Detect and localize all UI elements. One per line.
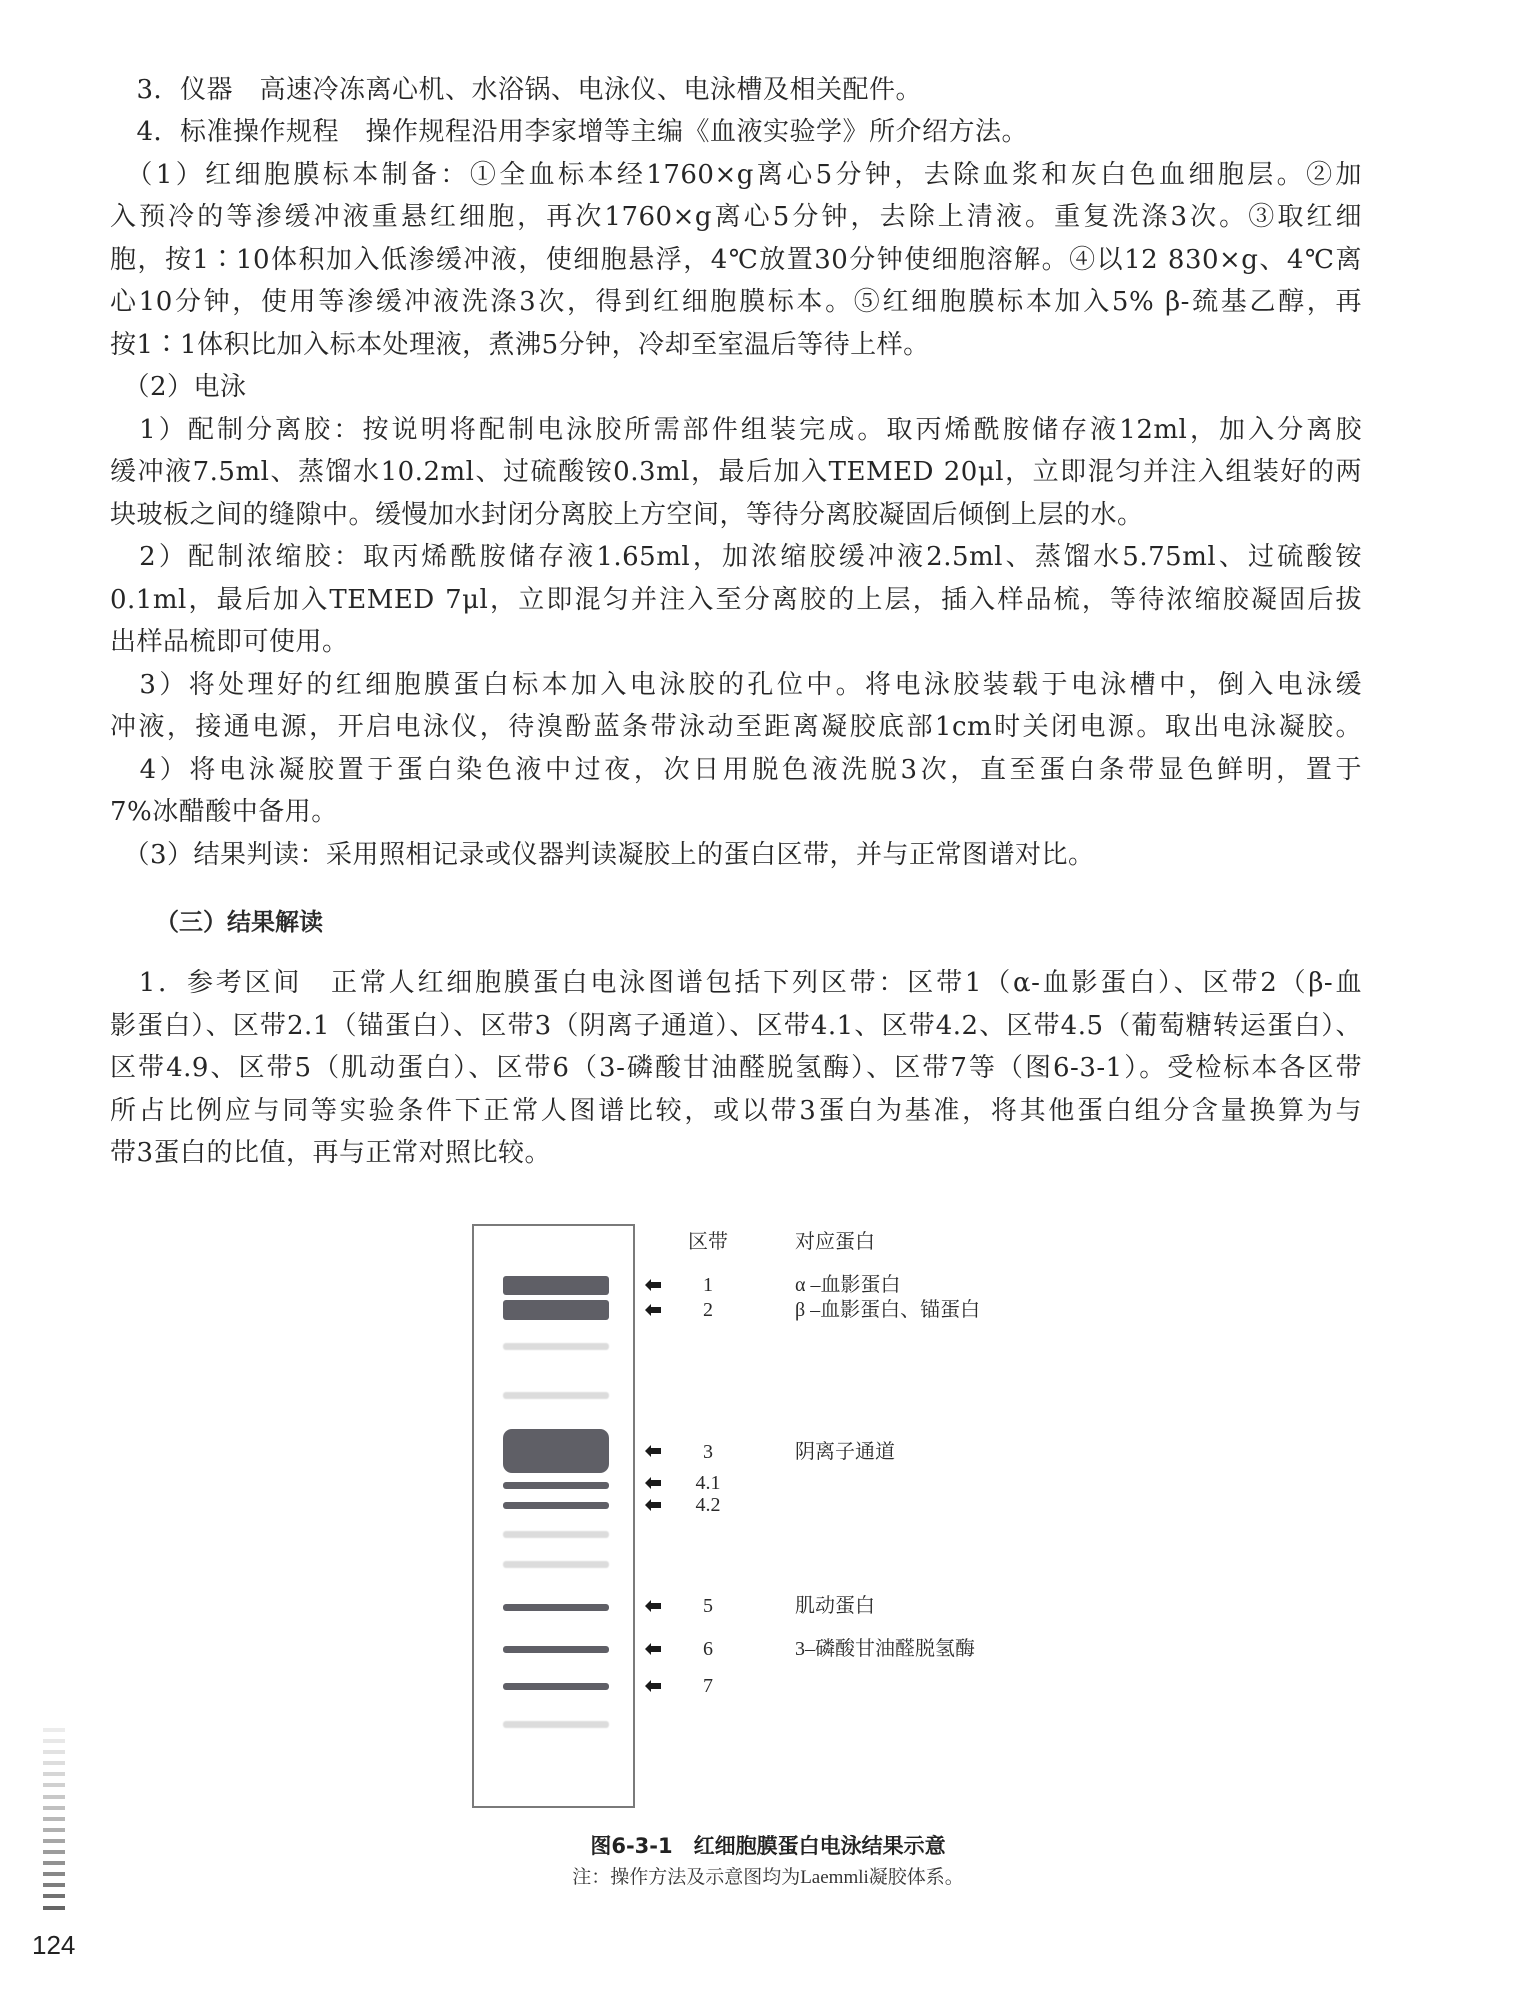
gel-band-faint xyxy=(503,1343,609,1350)
band-label: 5 xyxy=(688,1594,728,1618)
figure-note: 注：操作方法及示意图均为Laemmli凝胶体系。 xyxy=(0,1866,1536,1890)
figure-caption: 图6-3-1 红细胞膜蛋白电泳结果示意 xyxy=(0,1833,1536,1859)
text-line: 块玻板之间的缝隙中。缓慢加水封闭分离胶上方空间，等待分离胶凝固后倾倒上层的水。 xyxy=(110,498,1362,532)
band-label: 1 xyxy=(688,1273,728,1297)
text-line-result-reading: （3）结果判读：采用照相记录或仪器判读凝胶上的蛋白区带，并与正常图谱对比。 xyxy=(110,838,1362,872)
text-line-instruments: 3．仪器 高速冷冻离心机、水浴锅、电泳仪、电泳槽及相关配件。 xyxy=(110,73,1362,107)
arrow-left-icon xyxy=(645,1600,661,1612)
text-line: 1．参考区间 正常人红细胞膜蛋白电泳图谱包括下列区带：区带1（α-血影蛋白）、区… xyxy=(110,966,1362,1000)
protein-label: β –血影蛋白、锚蛋白 xyxy=(795,1298,980,1322)
text-line: 胞，按1∶10体积加入低渗缓冲液，使细胞悬浮，4℃放置30分钟使细胞溶解。④以1… xyxy=(110,243,1362,277)
arrow-left-icon xyxy=(645,1499,661,1511)
section-heading: （三）结果解读 xyxy=(155,906,323,938)
gel-band-4-1 xyxy=(503,1482,609,1489)
arrow-left-icon xyxy=(645,1445,661,1457)
band-label: 6 xyxy=(688,1637,728,1661)
band-label: 4.2 xyxy=(688,1493,728,1517)
text-line: 影蛋白）、区带2.1（锚蛋白）、区带3（阴离子通道）、区带4.1、区带4.2、区… xyxy=(110,1009,1362,1043)
figure-header-protein: 对应蛋白 xyxy=(795,1230,875,1254)
text-line: 2）配制浓缩胶：取丙烯酰胺储存液1.65ml，加浓缩胶缓冲液2.5ml、蒸馏水5… xyxy=(110,540,1362,574)
gel-band-6 xyxy=(503,1646,609,1653)
text-line-sop: 4．标准操作规程 操作规程沿用李家增等主编《血液实验学》所介绍方法。 xyxy=(110,115,1362,149)
thumb-index-tab xyxy=(43,1728,65,1917)
gel-band-2 xyxy=(503,1300,609,1320)
figure-header-band: 区带 xyxy=(683,1230,733,1254)
text-line: 按1∶1体积比加入标本处理液，煮沸5分钟，冷却至室温后等待上样。 xyxy=(110,328,1362,362)
protein-label: 3–磷酸甘油醛脱氢酶 xyxy=(795,1637,975,1661)
text-line: 3）将处理好的红细胞膜蛋白标本加入电泳胶的孔位中。将电泳胶装载于电泳槽中，倒入电… xyxy=(110,668,1362,702)
gel-lane xyxy=(472,1224,635,1808)
text-line: 区带4.9、区带5（肌动蛋白）、区带6（3-磷酸甘油醛脱氢酶）、区带7等（图6-… xyxy=(110,1051,1362,1085)
band-label: 4.1 xyxy=(688,1471,728,1495)
subheading-electrophoresis: （2）电泳 xyxy=(110,370,1362,404)
gel-band-faint xyxy=(503,1531,609,1538)
text-line: 心10分钟，使用等渗缓冲液洗涤3次，得到红细胞膜标本。⑤红细胞膜标本加入5% β… xyxy=(110,285,1362,319)
text-line: 入预冷的等渗缓冲液重悬红细胞，再次1760×g离心5分钟，去除上清液。重复洗涤3… xyxy=(110,200,1362,234)
text-line: 带3蛋白的比值，再与正常对照比较。 xyxy=(110,1136,1362,1170)
protein-label: α –血影蛋白 xyxy=(795,1273,900,1297)
protein-label: 阴离子通道 xyxy=(795,1440,895,1464)
band-label: 7 xyxy=(688,1674,728,1698)
gel-band-4-2 xyxy=(503,1502,609,1509)
gel-band-faint xyxy=(503,1721,609,1728)
gel-band-faint xyxy=(503,1392,609,1399)
arrow-left-icon xyxy=(645,1279,661,1291)
arrow-left-icon xyxy=(645,1643,661,1655)
text-line: 1）配制分离胶：按说明将配制电泳胶所需部件组装完成。取丙烯酰胺储存液12ml，加… xyxy=(110,413,1362,447)
text-line: 0.1ml，最后加入TEMED 7μl，立即混匀并注入至分离胶的上层，插入样品梳… xyxy=(110,583,1362,617)
gel-band-5 xyxy=(503,1604,609,1611)
arrow-left-icon xyxy=(645,1477,661,1489)
arrow-left-icon xyxy=(645,1680,661,1692)
text-line: 缓冲液7.5ml、蒸馏水10.2ml、过硫酸铵0.3ml，最后加入TEMED 2… xyxy=(110,455,1362,489)
gel-band-3 xyxy=(503,1429,609,1473)
text-line: （1）红细胞膜标本制备：①全血标本经1760×g离心5分钟，去除血浆和灰白色血细… xyxy=(110,158,1362,192)
text-line: 冲液，接通电源，开启电泳仪，待溴酚蓝条带泳动至距离凝胶底部1cm时关闭电源。取出… xyxy=(110,710,1362,744)
page-number: 124 xyxy=(32,1930,75,1961)
text-line: 所占比例应与同等实验条件下正常人图谱比较，或以带3蛋白为基准，将其他蛋白组分含量… xyxy=(110,1094,1362,1128)
band-label: 2 xyxy=(688,1298,728,1322)
arrow-left-icon xyxy=(645,1304,661,1316)
text-line: 4）将电泳凝胶置于蛋白染色液中过夜，次日用脱色液洗脱3次，直至蛋白条带显色鲜明，… xyxy=(110,753,1362,787)
gel-band-faint xyxy=(503,1561,609,1568)
band-label: 3 xyxy=(688,1440,728,1464)
protein-label: 肌动蛋白 xyxy=(795,1594,875,1618)
gel-band-1 xyxy=(503,1276,609,1295)
text-line: 出样品梳即可使用。 xyxy=(110,625,1362,659)
gel-band-7 xyxy=(503,1683,609,1690)
text-line: 7%冰醋酸中备用。 xyxy=(110,795,1362,829)
